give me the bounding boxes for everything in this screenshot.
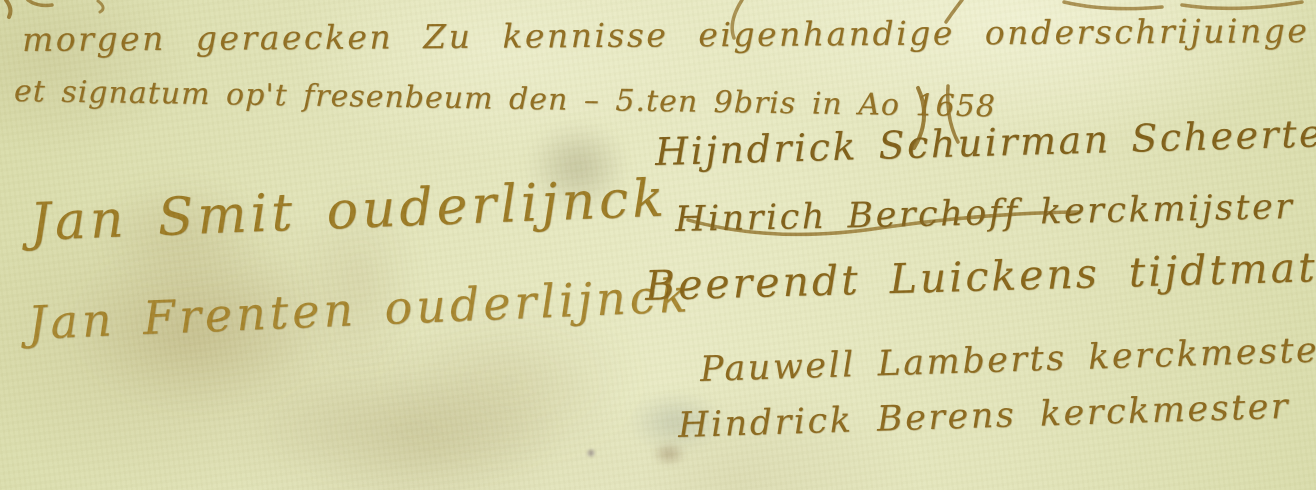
ink-speck [586,448,596,458]
manuscript-body-line-1: morgen geraecken Zu kennisse eigenhandig… [22,10,1316,59]
signature-jan-smit: Jan Smit ouderlijnck [29,169,669,253]
signature-pauwell-lamberts: Pauwell Lamberts kerckmester [699,330,1316,390]
paper-vein-stain [260,370,560,490]
signature-hindrick-berens: Hindrick Berens kerckmester [677,387,1290,446]
signature-jan-frenten: Jan Frenten ouderlijnck [27,268,692,350]
signature-beerendt-luickens: Beerendt Luickens tijdtmat [644,243,1316,310]
manuscript-page: morgen geraecken Zu kennisse eigenhandig… [0,0,1316,490]
manuscript-body-line-2-dateline: et signatum op't fresenbeum den – 5.ten … [14,74,996,124]
signature-hinrich-berchoff: Hinrich Berchoff kerckmijster [675,187,1295,240]
